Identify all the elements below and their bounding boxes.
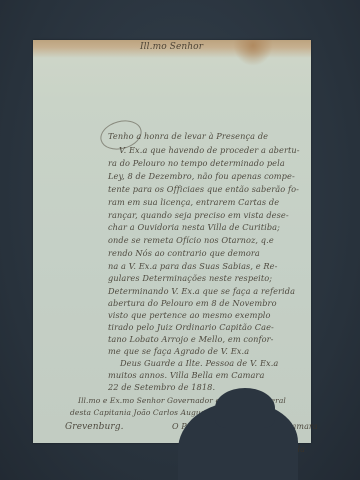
body-line: Determinando V. Ex.a que se faça a refer… <box>108 286 295 296</box>
body-line: na a V. Ex.a para das Suas Sabias, e Re- <box>108 261 277 271</box>
body-line: Deus Guarde a Ilte. Pessoa de V. Ex.a <box>120 358 278 368</box>
body-line: ram em sua licença, entrarem Cartas de <box>108 197 279 207</box>
water-stain-spot <box>233 40 273 66</box>
body-line: me que se faça Agrado de V. Ex.a <box>108 346 249 356</box>
body-line: gulares Determinações neste respeito; <box>108 273 272 283</box>
body-line: V. Ex.a que havendo de proceder a abertu… <box>119 145 300 155</box>
body-line: onde se remeta Ofício nos Otarnoz, q.e <box>108 235 274 245</box>
addressee-line: Grevenburg. <box>65 422 124 432</box>
body-line: Ley, 8 de Dezembro, não fou apenas compe… <box>108 171 295 181</box>
body-line: rendo Nós ao contrario que demora <box>108 248 260 258</box>
body-line: rançar, quando seja preciso em vista des… <box>108 210 289 220</box>
body-line: abertura do Pelouro em 8 de Novembro <box>108 298 277 308</box>
body-line: Tenho a honra de levar à Presença de <box>108 131 268 141</box>
salutation: Ill.mo Senhor <box>140 42 203 52</box>
body-line: tente para os Officiaes que então saberã… <box>108 184 299 194</box>
body-line: ra do Pelouro no tempo determinado pela <box>108 158 285 168</box>
torn-corner <box>215 388 275 428</box>
body-line: tano Lobato Arrojo e Mello, em confor- <box>108 334 274 344</box>
body-line: muitos annos. Villa Bella em Camara <box>108 370 264 380</box>
date-line: 22 de Setembro de 1818. <box>108 382 215 392</box>
body-line: visto que pertence ao mesmo exemplo <box>108 310 271 320</box>
body-line: char a Ouvidoria nesta Villa de Curitiba… <box>108 222 280 232</box>
body-line: tirado pelo Juiz Ordinario Capitão Cae- <box>108 322 274 332</box>
